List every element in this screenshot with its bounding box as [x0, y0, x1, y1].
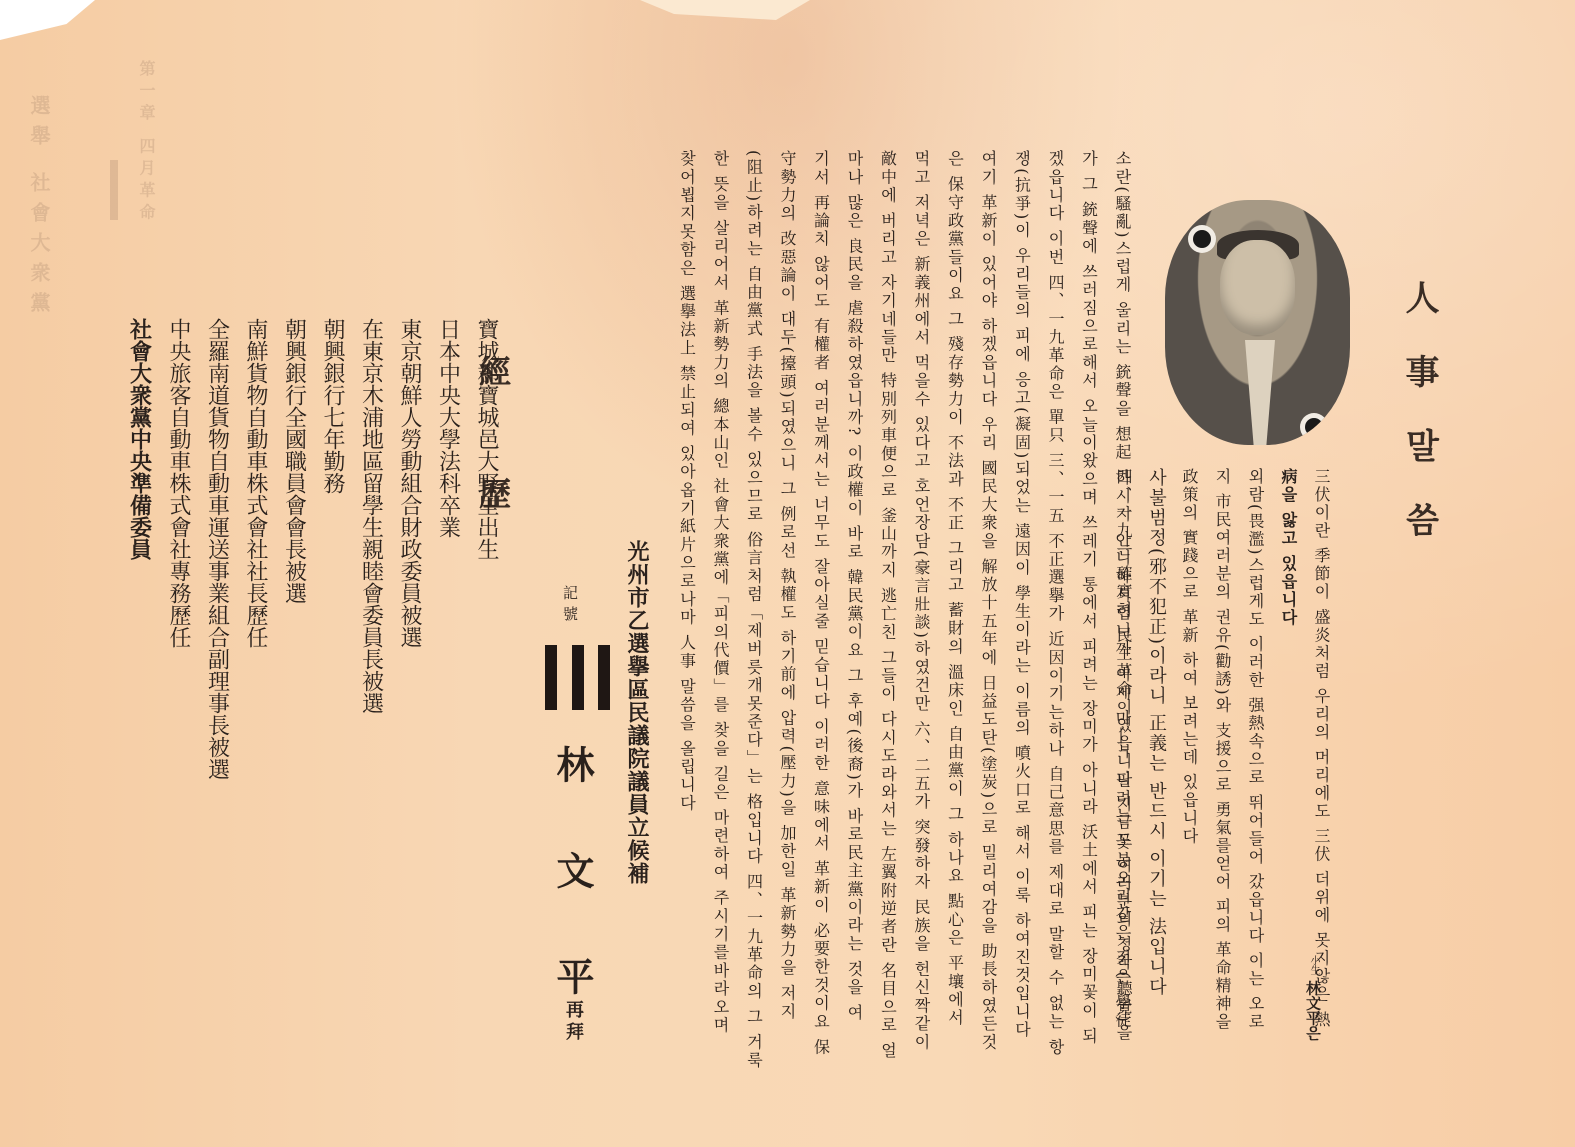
body-line: 마나 많은 良民을 虐殺하였읍니까? 이政權이 바로 韓民黨이요 그 후예(後裔…: [838, 150, 872, 1090]
ballot-number-label: 記號: [560, 585, 581, 627]
career-item: 南鮮貨物自動車株式會社社長歷任: [236, 318, 275, 778]
closing-salutation: 再拜: [560, 1000, 586, 1044]
pin-hole-icon: [1305, 418, 1323, 436]
body-line: 먹고 저녁은 新義州에서 먹을수 있다고 호언장담(豪言壯談)하였건만 六、二五…: [905, 150, 939, 1090]
body-line: 겠읍니다 이번 四、一九革命은 單只 三、一五 不正選擧가 近因이기는하나 自己…: [1039, 150, 1073, 1090]
body-line: 쟁(抗爭)이 우리들의 피에 응고(凝固)되었는 遠因이 學生이라는 이름의 噴…: [1005, 150, 1039, 1090]
body-line: 소란(騷亂)스럽게 울리는 銃聲을 想起 하시지 아니하시렵니까 이제 마―ㄱ …: [1106, 150, 1140, 1090]
body-line: 찾어뵙지못함은 選擧法上 禁止되여 있아옵기紙片으로나마 人事 말씀을 올립니다: [670, 150, 704, 1090]
body-line: 守勢力의 改惡論이 대두(擡頭)되였으니 그 例로선 執權도 하기前에 압력(壓…: [771, 150, 805, 1090]
body-line: 가 그 銃聲에 쓰러짐으로해서 오늘이왔으며 쓰레기 통에서 피려는 장미가 아…: [1072, 150, 1106, 1090]
career-item: 日本中央大學法科卒業: [428, 318, 467, 778]
signature-prefix: 小生: [1308, 955, 1319, 975]
portrait-shirt: [1245, 340, 1275, 445]
career-item: 全羅南道貨物自動車運送事業組合副理事長被選: [197, 318, 236, 778]
greeting-line: 지 市民여러분의 권유(勸誘)와 支援으로 勇氣를얻어 피의 革命精神을: [1206, 468, 1239, 1031]
greeting-line: 病을 앓고 있읍니다: [1272, 468, 1305, 627]
greeting-line: 사불범정(邪不犯正)이라니 正義는 반드시 이기는 法입니다: [1140, 468, 1173, 997]
bleed-through-text: 第一章 四月革命: [135, 60, 158, 226]
ballot-number-three-bars-icon: [545, 645, 610, 710]
body-text: 소란(騷亂)스럽게 울리는 銃聲을 想起 하시지 아니하시렵니까 이제 마―ㄱ …: [670, 150, 1139, 1090]
torn-top-edge: [640, 0, 810, 20]
career-item: 寶城郡寶城邑大野里出生: [467, 318, 506, 778]
bleed-through-text: 選舉 社會大衆黨: [25, 95, 54, 322]
career-list: 寶城郡寶城邑大野里出生 日本中央大學法科卒業 東京朝鮮人勞動組合財政委員被選 在…: [120, 318, 505, 778]
candidate-district: 光州市乙選擧區民議院議員立候補: [622, 540, 653, 885]
torn-corner: [0, 0, 95, 40]
greeting-line: 政策의 實踐으로 革新 하여 보려는데 있읍니다: [1173, 468, 1206, 845]
body-line: 기서 再論치 않어도 有權者 여러분께서는 너무도 잘아실줄 믿습니다 이러한 …: [804, 150, 838, 1090]
career-item: 東京朝鮮人勞動組合財政委員被選: [390, 318, 429, 778]
greeting-line: 三伏이란 季節이 盛炎처럼 우리의 머리에도 三伏 더위에 못지않은 熱: [1305, 468, 1338, 1029]
candidate-portrait: [1165, 200, 1350, 445]
pin-hole-icon: [1193, 230, 1211, 248]
body-line: 敵中에 버리고 자기네들만 特別列車便으로 釜山까지 逃亡친 그들이 다시도라와…: [871, 150, 905, 1090]
page-heading: 人事말씀: [1395, 280, 1444, 576]
election-leaflet: 選舉 社會大衆黨 第一章 四月革命 人事말씀 三伏이란 季節이 盛炎처럼 우리의…: [0, 0, 1575, 1147]
body-line: (阻止)하려는 自由黨式 手法을 볼수 있으므로 俗言처럼「제버릇개못준다」는 …: [737, 150, 771, 1090]
body-line: 은 保守政黨들이요 그 殘存勢力이 不法과 不正 그리고 蓄財의 溫床인 自由黨…: [938, 150, 972, 1090]
body-line: 한 뜻을 살리어서 革新勢力의 總本山인 社會大衆黨에「피의代價」를 찾을 길은…: [704, 150, 738, 1090]
greeting-line: 외람(畏濫)스럽게도 이러한 强熱속으로 뛰어들어 갔읍니다 이는 오로: [1239, 468, 1272, 1031]
bleed-through-number-bars: [58, 160, 118, 220]
body-line: 여기 革新이 있어야 하겠읍니다 우리 國民大衆을 解放十五年에 日益도탄(塗炭…: [972, 150, 1006, 1090]
signature: 小生 林文平은: [1303, 955, 1324, 1040]
signature-name: 林文平은: [1304, 980, 1322, 1040]
career-item: 朝興銀行七年勤務: [313, 318, 352, 778]
career-item: 朝興銀行全國職員會會長被選: [274, 318, 313, 778]
career-item: 社會大衆黨中央準備委員: [120, 318, 159, 778]
portrait-face: [1220, 240, 1295, 335]
career-item: 中央旅客自動車株式會社專務歷任: [159, 318, 198, 778]
career-item: 在東京木浦地區留學生親睦會委員長被選: [351, 318, 390, 778]
